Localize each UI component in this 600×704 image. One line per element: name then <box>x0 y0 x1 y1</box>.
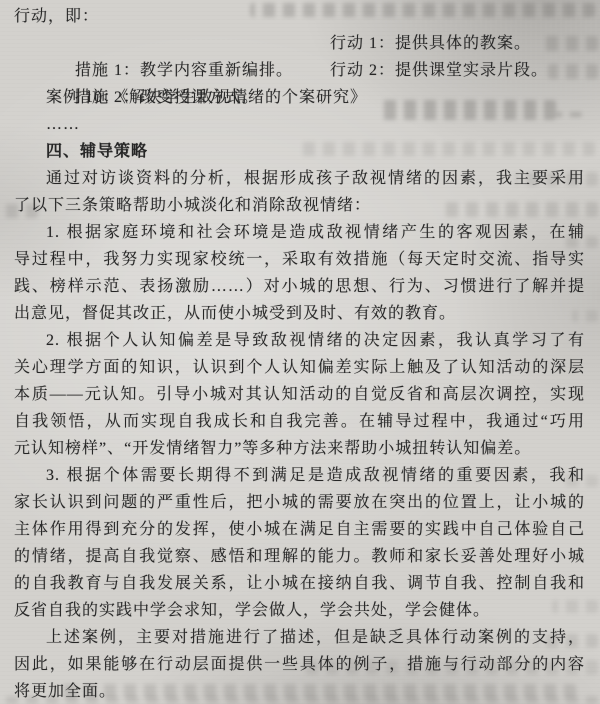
text-line: 家长认识到问题的严重性后，把小城的需要放在突出的位置上，让小城的 <box>14 489 585 516</box>
scanned-document-page: 行动，即： 措施 1：教学内容重新编排。 行动 1：提供具体的教案。 措施 2：… <box>0 0 600 704</box>
intro-line: 行动，即： <box>14 3 585 30</box>
text-line: 本质——元认知。引导小城对其认知活动的自觉反省和高层次调控，实现 <box>14 381 585 408</box>
text-line: 将更加全面。 <box>14 678 585 704</box>
text-line: 的情绪，提高自我觉察、感悟和理解的能力。教师和家长妥善处理好小城 <box>14 543 585 570</box>
text-line: 的自我教育与自我发展关系，让小城在接纳自我、调节自我、控制自我和 <box>14 570 585 597</box>
measure-action-row-2: 措施 2：改变授课方式。 行动 2：提供课堂实录片段。 <box>14 57 585 84</box>
section-heading: 四、辅导策略 <box>14 138 585 165</box>
action-2-text: 行动 2：提供课堂实录片段。 <box>330 57 548 84</box>
text-line: 出意见，督促其改正，从而使小城受到及时、有效的教育。 <box>14 300 585 327</box>
text-line: 因此，如果能够在行动层面提供一些具体的例子，措施与行动部分的内容 <box>14 651 585 678</box>
text-line: 元认知榜样”、“开发情绪智力”等多种方法来帮助小城扭转认知偏差。 <box>14 435 585 462</box>
action-1-text: 行动 1：提供具体的教案。 <box>330 30 531 57</box>
text-line: 通过对访谈资料的分析，根据形成孩子敌视情绪的因素，我主要采用 <box>14 165 585 192</box>
text-line: 关心理学方面的知识，认识到个人认知偏差实际上触及了认知活动的深层 <box>14 354 585 381</box>
text-line: 反省自我的实践中学会求知，学会做人，学会共处，学会健体。 <box>14 597 585 624</box>
ellipsis-line: …… <box>14 111 585 138</box>
measure-action-row-1: 措施 1：教学内容重新编排。 行动 1：提供具体的教案。 <box>14 30 585 57</box>
text-line: 了以下三条策略帮助小城淡化和消除敌视情绪： <box>14 192 585 219</box>
text-line: 践、榜样示范、表扬激励……）对小城的思想、行为、习惯进行了解并提 <box>14 273 585 300</box>
text-line: 自我领悟，从而实现自我成长和自我完善。在辅导过程中，我通过“巧用 <box>14 408 585 435</box>
document-text: 行动，即： 措施 1：教学内容重新编排。 行动 1：提供具体的教案。 措施 2：… <box>14 3 585 704</box>
text-line: 导过程中，我努力实现家校统一，采取有效措施（每天定时交流、指导实 <box>14 246 585 273</box>
text-line: 主体作用得到充分的发挥，使小城在满足自主需要的实践中自己体验自己 <box>14 516 585 543</box>
case-title-line: 案例 10：《解决学生敌视情绪的个案研究》 <box>14 84 585 111</box>
strategy-3-line: 3. 根据个体需要长期得不到满足是造成敌视情绪的重要因素，我和 <box>14 462 585 489</box>
strategy-1-line: 1. 根据家庭环境和社会环境是造成敌视情绪产生的客观因素，在辅 <box>14 219 585 246</box>
strategy-2-line: 2. 根据个人认知偏差是导致敌视情绪的决定因素，我认真学习了有 <box>14 327 585 354</box>
conclusion-line: 上述案例，主要对措施进行了描述，但是缺乏具体行动案例的支持， <box>14 624 585 651</box>
